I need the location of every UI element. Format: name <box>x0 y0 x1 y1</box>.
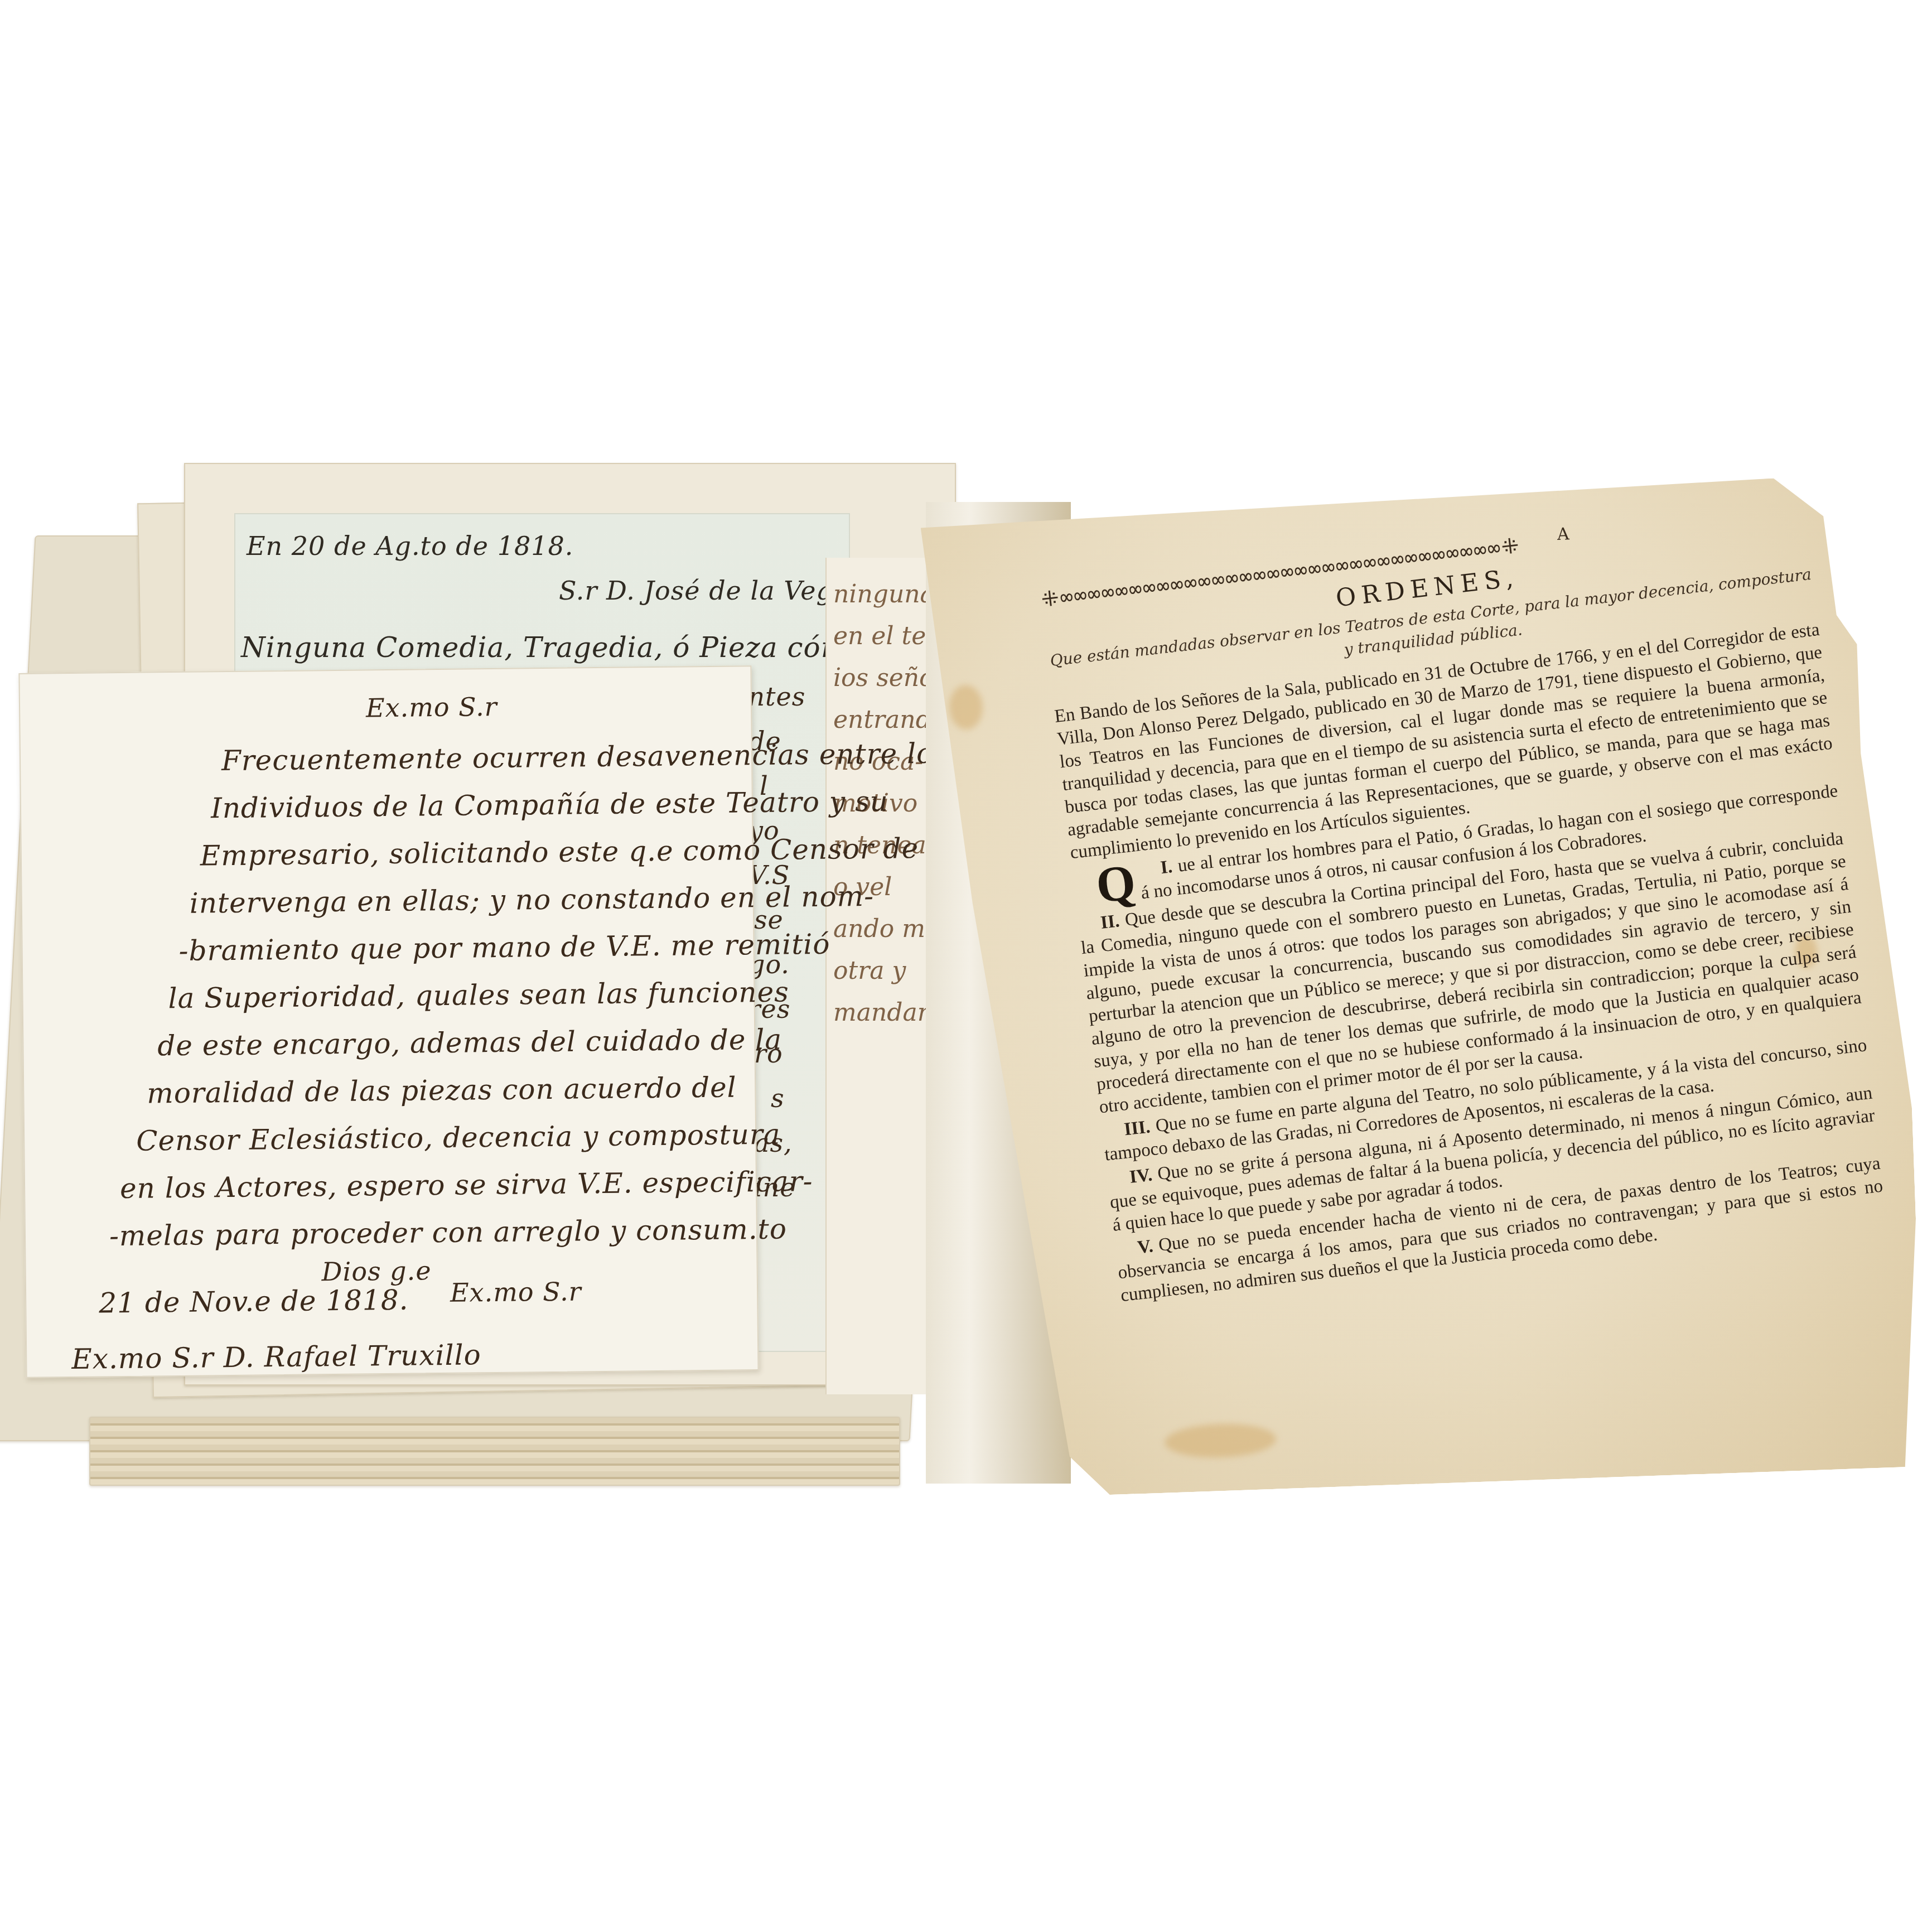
middle-strip-line: mandar, <box>833 998 934 1027</box>
letter-line: Censor Eclesiástico, decencia y compostu… <box>136 1118 781 1157</box>
letter-line: en los Actores, espero se sirva V.E. esp… <box>120 1165 813 1205</box>
letter-closing-honorific: Ex.mo S.r <box>450 1276 582 1307</box>
article-number: I. <box>1160 857 1173 878</box>
letter-line: la Superioridad, quales sean las funcion… <box>168 975 789 1015</box>
letter-recipient: Ex.mo S.r D. Rafael Truxillo <box>71 1339 481 1375</box>
article-number: III. <box>1123 1117 1152 1139</box>
article-number: V. <box>1137 1236 1155 1258</box>
middle-strip-line: otra y <box>833 957 906 985</box>
letter-salutation: Ex.mo S.r <box>366 692 498 723</box>
letter-closing: Dios g.e <box>321 1255 431 1287</box>
letter-line: moralidad de las piezas con acuerdo del <box>147 1071 737 1109</box>
drop-cap: Q <box>1072 860 1138 911</box>
handwritten-letter: Ex.mo S.r Frecuentemente ocurren desaven… <box>18 665 759 1378</box>
document-photo-scene: En 20 de Ag.to de 1818. S.r D. José de l… <box>0 0 1932 1932</box>
letter-line: -melas para proceder con arreglo y consu… <box>109 1213 787 1253</box>
green-letter-fragment: s <box>771 1083 785 1113</box>
article-number: II. <box>1099 911 1120 933</box>
printed-text-block: ⁜∞∞∞∞∞∞∞∞∞∞∞∞∞∞∞∞∞∞∞∞∞∞∞∞∞∞∞∞∞∞∞∞⁜ ORDEN… <box>1040 500 1887 1307</box>
green-letter-date: En 20 de Ag.to de 1818. <box>247 531 573 561</box>
printed-edict-page: A ⁜∞∞∞∞∞∞∞∞∞∞∞∞∞∞∞∞∞∞∞∞∞∞∞∞∞∞∞∞∞∞∞∞⁜ ORD… <box>920 474 1924 1500</box>
letter-line: de este encargo, ademas del cuidado de l… <box>157 1023 782 1062</box>
article-number: IV. <box>1128 1165 1153 1187</box>
letter-date: 21 de Nov.e de 1818. <box>99 1284 409 1320</box>
paper-stain <box>949 684 984 730</box>
paper-stain <box>1164 1422 1277 1460</box>
letter-line: -bramiento que por mano de V.E. me remit… <box>178 928 830 967</box>
paper-stack-edges <box>89 1417 900 1486</box>
